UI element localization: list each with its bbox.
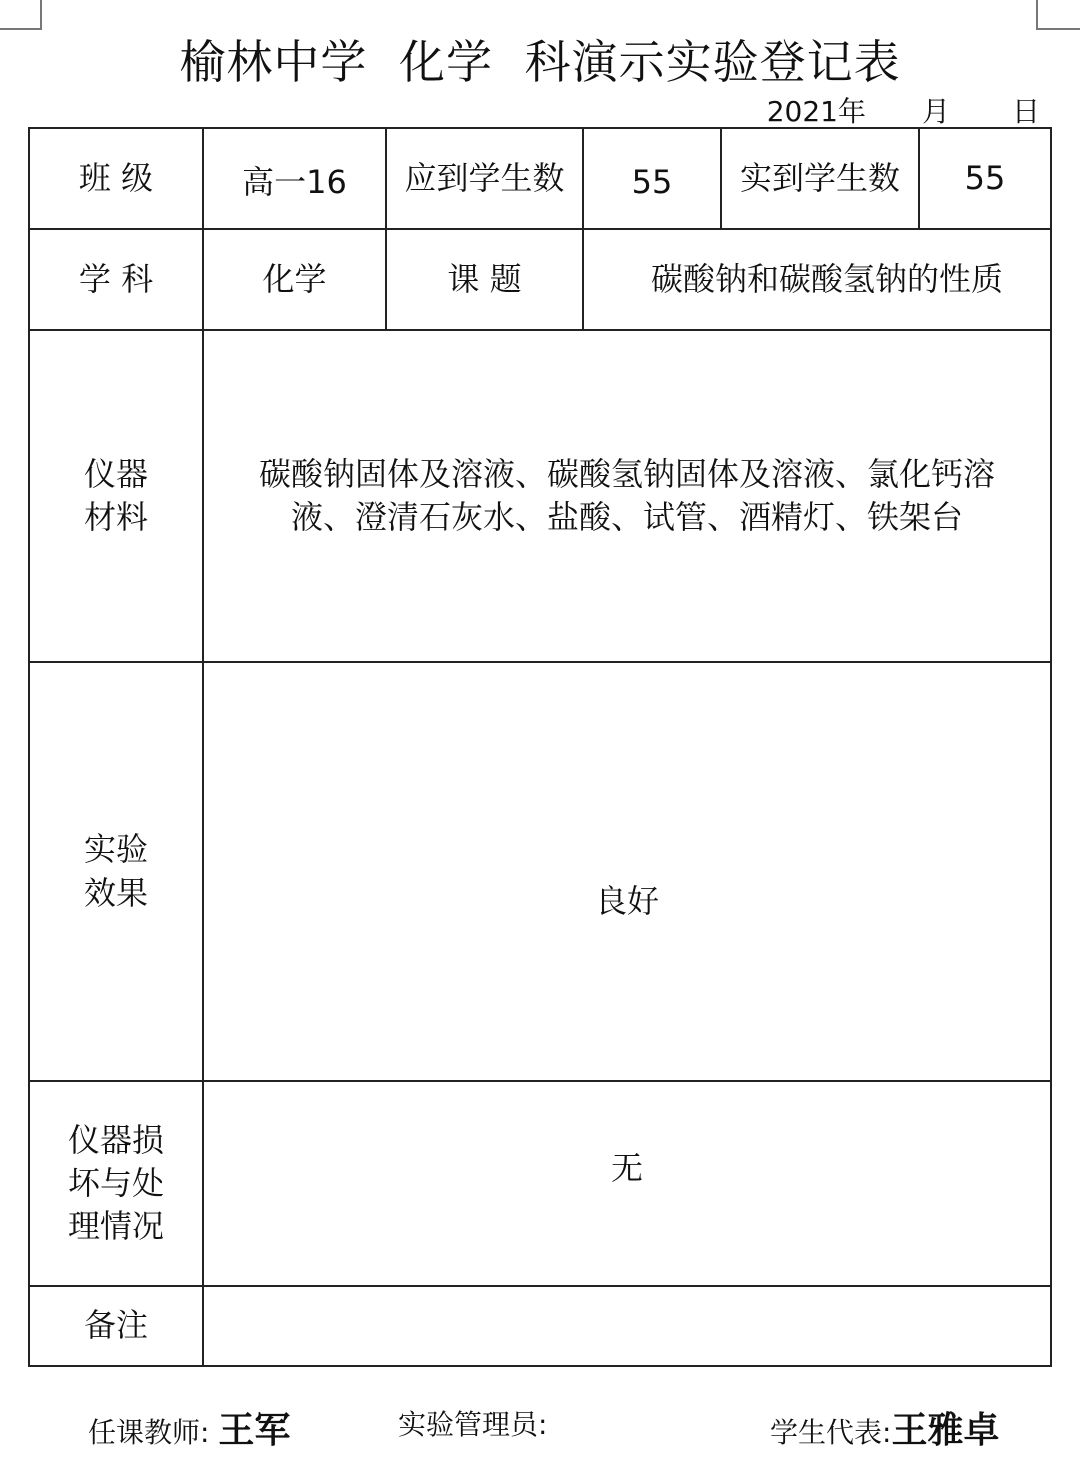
materials-label: 仪器 材料 bbox=[29, 330, 203, 662]
materials-label-line: 材料 bbox=[30, 496, 202, 539]
damage-label: 仪器损 坏与处 理情况 bbox=[29, 1081, 203, 1286]
document-title: 榆林中学 化学 科演示实验登记表 bbox=[0, 26, 1080, 92]
actual-students-value[interactable]: 55 bbox=[919, 128, 1051, 229]
table-row-effect: 实验 效果 良好 bbox=[29, 662, 1051, 1081]
damage-value[interactable]: 无 bbox=[203, 1081, 1051, 1286]
title-form-name: 科演示实验登记表 bbox=[525, 35, 901, 89]
effect-label-line: 实验 bbox=[30, 828, 202, 871]
date-month: 月 bbox=[922, 90, 950, 130]
topic-label: 课 题 bbox=[386, 229, 583, 330]
class-value[interactable]: 高一16 bbox=[203, 128, 386, 229]
damage-label-line: 坏与处 bbox=[30, 1162, 202, 1205]
teacher-signature[interactable]: 王军 bbox=[218, 1410, 290, 1451]
student-label: 学生代表: bbox=[770, 1416, 891, 1449]
signature-footer: 任课教师: 王军 实验管理员: 学生代表:王雅卓 bbox=[0, 1402, 1080, 1452]
subject-label: 学 科 bbox=[29, 229, 203, 330]
actual-students-label: 实到学生数 bbox=[721, 128, 919, 229]
title-school: 榆林中学 bbox=[179, 35, 367, 89]
table-row-damage: 仪器损 坏与处 理情况 无 bbox=[29, 1081, 1051, 1286]
teacher-signature-block: 任课教师: 王军 bbox=[88, 1402, 290, 1453]
topic-value[interactable]: 碳酸钠和碳酸氢钠的性质 bbox=[583, 229, 1051, 330]
student-signature[interactable]: 王雅卓 bbox=[891, 1410, 999, 1451]
materials-value-line: 碳酸钠固体及溶液、碳酸氢钠固体及溶液、氯化钙溶 bbox=[204, 453, 1050, 496]
table-row-subject: 学 科 化学 课 题 碳酸钠和碳酸氢钠的性质 bbox=[29, 229, 1051, 330]
date-line: 2021年月日 bbox=[767, 90, 1040, 130]
damage-label-line: 仪器损 bbox=[30, 1119, 202, 1162]
admin-signature-block: 实验管理员: bbox=[398, 1402, 547, 1443]
date-year: 2021年 bbox=[767, 90, 866, 130]
expected-students-label: 应到学生数 bbox=[386, 128, 583, 229]
damage-label-line: 理情况 bbox=[30, 1205, 202, 1248]
effect-label-line: 效果 bbox=[30, 872, 202, 915]
table-row-remarks: 备注 bbox=[29, 1286, 1051, 1366]
subject-value[interactable]: 化学 bbox=[203, 229, 386, 330]
date-day: 日 bbox=[1012, 90, 1040, 130]
expected-students-value[interactable]: 55 bbox=[583, 128, 721, 229]
materials-value-line: 液、澄清石灰水、盐酸、试管、酒精灯、铁架台 bbox=[204, 496, 1050, 539]
title-subject: 化学 bbox=[399, 35, 493, 89]
teacher-label: 任课教师: bbox=[88, 1416, 209, 1449]
admin-label: 实验管理员: bbox=[398, 1408, 547, 1441]
table-row-class: 班 级 高一16 应到学生数 55 实到学生数 55 bbox=[29, 128, 1051, 229]
student-signature-block: 学生代表:王雅卓 bbox=[770, 1402, 999, 1453]
effect-value[interactable]: 良好 bbox=[203, 662, 1051, 1081]
table-row-materials: 仪器 材料 碳酸钠固体及溶液、碳酸氢钠固体及溶液、氯化钙溶 液、澄清石灰水、盐酸… bbox=[29, 330, 1051, 662]
effect-label: 实验 效果 bbox=[29, 662, 203, 1081]
materials-label-line: 仪器 bbox=[30, 453, 202, 496]
registration-table: 班 级 高一16 应到学生数 55 实到学生数 55 学 科 化学 课 题 碳酸… bbox=[28, 127, 1052, 1367]
materials-value[interactable]: 碳酸钠固体及溶液、碳酸氢钠固体及溶液、氯化钙溶 液、澄清石灰水、盐酸、试管、酒精… bbox=[203, 330, 1051, 662]
remarks-value[interactable] bbox=[203, 1286, 1051, 1366]
remarks-label: 备注 bbox=[29, 1286, 203, 1366]
class-label: 班 级 bbox=[29, 128, 203, 229]
